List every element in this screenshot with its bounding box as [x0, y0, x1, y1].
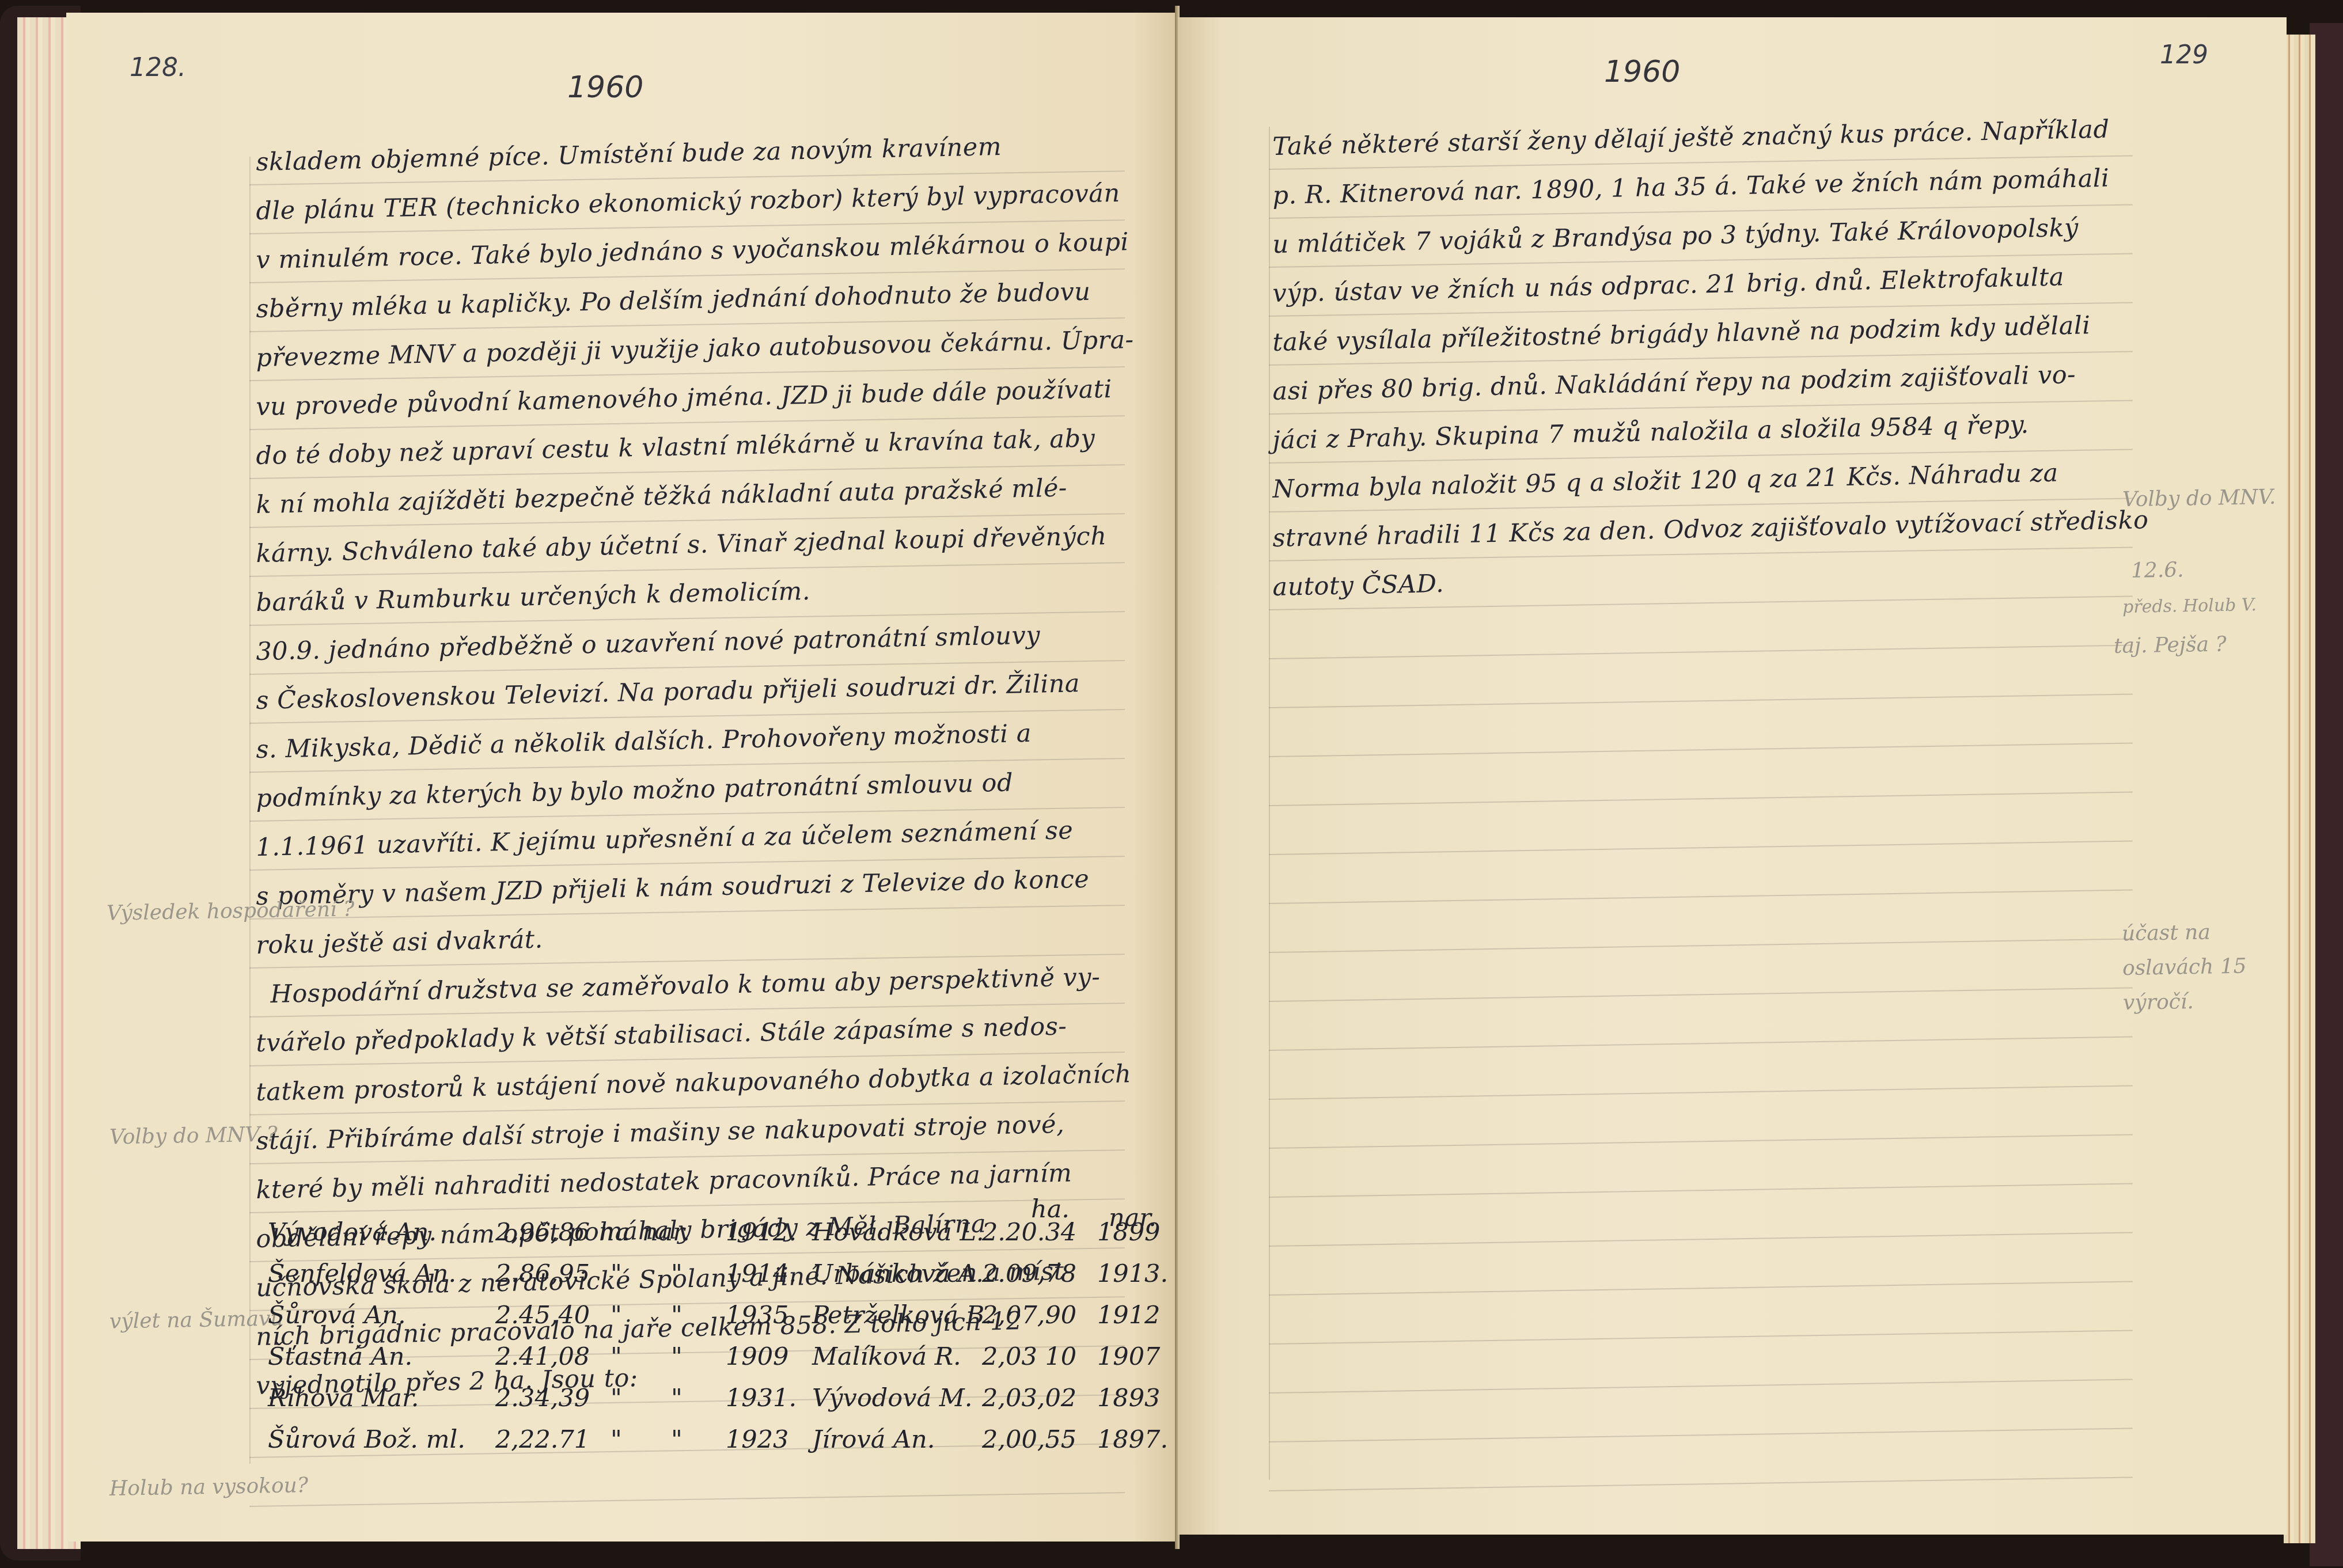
cell-name2: Urbánková A.: [812, 1259, 984, 1288]
text-line: p. R. Kitnerová nar. 1890, 1 ha 35 á. Ta…: [1272, 164, 2110, 210]
cell-year1: 1912.: [726, 1218, 797, 1247]
cell-name1: Šůrová An.: [268, 1301, 406, 1330]
text-line: stájí. Přibíráme další stroje i mašiny s…: [256, 1110, 1065, 1156]
cell-year1: 1935: [726, 1301, 788, 1330]
text-line: asi přes 80 brig. dnů. Nakládání řepy na…: [1272, 360, 2076, 406]
text-line: Také některé starší ženy dělají ještě zn…: [1272, 115, 2110, 161]
cell-year2: 1893: [1097, 1384, 1160, 1413]
cell-nar: nar.: [642, 1218, 690, 1247]
ruled-line: [1269, 987, 2133, 1002]
text-line: tatkem prostorů k ustájení nově nakupova…: [256, 1060, 1132, 1107]
text-line: 1.1.1961 uzavříti. K jejímu upřesnění a …: [256, 816, 1074, 862]
page-number: 129: [2160, 40, 2208, 70]
right-page: 129 1960 Také některé starší ženy dělají…: [1178, 17, 2287, 1535]
margin-note: výlet na Šumavu: [109, 1307, 284, 1333]
text-line: baráků v Rumburku určených k demolicím.: [256, 577, 810, 617]
ruled-line: [1269, 1281, 2133, 1296]
margin-rule: [1269, 127, 1270, 1480]
cell-unit1: ha: [599, 1218, 630, 1247]
cell-name1: Vývodová An.: [268, 1218, 437, 1247]
cell-unit1: ": [611, 1342, 622, 1371]
ruled-line: [1269, 1134, 2133, 1149]
cell-unit1: ": [611, 1384, 622, 1413]
text-line: skladem objemné píce. Umístění bude za n…: [256, 132, 1002, 177]
text-line: roku ještě asi dvakrát.: [256, 925, 543, 960]
cell-ha1: 2,22.71: [495, 1425, 590, 1454]
text-line: stravné hradili 11 Kčs za den. Odvoz zaj…: [1272, 506, 2149, 553]
text-line: 30.9. jednáno předběžně o uzavření nové …: [256, 621, 1041, 666]
cell-ha1: 2,96,86: [495, 1218, 590, 1247]
cell-unit1: ": [611, 1259, 622, 1288]
ruled-line: [1269, 742, 2133, 757]
cell-year1: 1909: [726, 1342, 788, 1371]
cell-year2: 1912: [1097, 1301, 1160, 1330]
cell-name1: Šůrová Bož. ml.: [268, 1425, 465, 1454]
margin-note: Holub na vysokou?: [109, 1474, 309, 1501]
cell-name2: Malíková R.: [812, 1342, 961, 1371]
cell-name1: Šťastná An.: [268, 1342, 412, 1371]
ruled-line: [1269, 1379, 2133, 1394]
cell-year1: 1931.: [726, 1384, 797, 1413]
page-year: 1960: [567, 70, 643, 105]
page-edges-right: [2284, 35, 2315, 1543]
ruled-line: [1269, 791, 2133, 806]
cell-year2: 1907: [1097, 1342, 1160, 1371]
cell-unit1: ": [611, 1425, 622, 1454]
cell-name2: Jírová An.: [812, 1425, 935, 1454]
ruled-line: [1269, 1085, 2133, 1100]
cell-ha2: 2.20.34: [982, 1218, 1076, 1247]
ruled-line: [1269, 1427, 2133, 1442]
text-line: k ní mohla zajížděti bezpečně těžká nákl…: [256, 474, 1067, 519]
text-line: také vysílala příležitostné brigády hlav…: [1272, 311, 2091, 357]
text-line: kárny. Schváleno také aby účetní s. Vina…: [256, 522, 1107, 568]
cell-ha1: 2.86,95: [495, 1259, 590, 1288]
ruled-line: [1269, 1183, 2133, 1198]
cell-year1: 1923: [726, 1425, 788, 1454]
text-line: vu provede původní kamenového jména. JZD…: [256, 375, 1112, 422]
cell-nar: ": [671, 1425, 683, 1454]
text-line: autoty ČSAD.: [1272, 570, 1445, 602]
cell-ha1: 2.34,39: [495, 1384, 590, 1413]
margin-note: 12.6.: [2131, 558, 2184, 583]
cell-unit1: ": [611, 1301, 622, 1330]
ruled-line: [1269, 889, 2133, 904]
text-line: s poměry v našem JZD přijeli k nám soudr…: [256, 865, 1090, 911]
ruled-line: [1269, 1232, 2133, 1247]
text-line: tvářelo předpoklady k větší stabilisaci.…: [256, 1012, 1067, 1058]
text-line: sběrny mléka u kapličky. Po delším jedná…: [256, 278, 1091, 324]
ruled-line: [1269, 1036, 2133, 1051]
cell-ha2: 2,07,90: [982, 1301, 1076, 1330]
ruled-line: [1269, 644, 2133, 659]
cell-name1: Šenfeldová An.: [268, 1259, 456, 1288]
cell-year1: 1914.: [726, 1259, 797, 1288]
text-line: jáci z Prahy. Skupina 7 mužů naložila a …: [1272, 411, 2029, 455]
page-number: 128.: [130, 53, 186, 82]
text-line: které by měli nahraditi nedostatek praco…: [256, 1159, 1072, 1205]
text-line: dle plánu TER (technicko ekonomický rozb…: [256, 179, 1120, 226]
ruled-line: [249, 1492, 1125, 1507]
text-line: s. Mikyska, Dědič a několik dalších. Pro…: [256, 719, 1032, 764]
text-line: u mlátiček 7 vojáků z Brandýsa po 3 týdn…: [1272, 214, 2079, 259]
cell-name2: Vývodová M.: [812, 1384, 973, 1413]
margin-note: Výsledek hospodaření ?: [107, 897, 355, 925]
text-line: v minulém roce. Také bylo jednáno s vyoč…: [256, 227, 1129, 275]
cell-ha2: 2,03,02: [982, 1384, 1076, 1413]
cell-nar: ": [671, 1384, 683, 1413]
text-line: s Československou Televizí. Na poradu př…: [256, 669, 1080, 715]
ruled-line: [1269, 840, 2133, 855]
cell-nar: ": [671, 1301, 683, 1330]
cell-nar: ": [671, 1342, 683, 1371]
margin-note: taj. Pejša ?: [2114, 632, 2227, 658]
text-line: podmínky za kterých by bylo možno patron…: [256, 768, 1014, 813]
cell-name2: Hovádková L.: [812, 1218, 984, 1247]
cell-name2: Petrželková B.: [812, 1301, 992, 1330]
ruled-line: [1269, 693, 2133, 708]
page-year: 1960: [1604, 55, 1680, 89]
cell-name1: Říhová Mar.: [268, 1384, 419, 1413]
margin-rule: [249, 157, 251, 1464]
margin-note: Volby do MNV ?: [109, 1122, 278, 1149]
ruled-line: [1269, 1330, 2133, 1345]
cell-year2: 1899: [1097, 1218, 1160, 1247]
cell-year2: 1913.: [1097, 1259, 1168, 1288]
margin-note: předs. Holub V.: [2122, 595, 2257, 617]
cell-ha2: 2.09,78: [982, 1259, 1076, 1288]
text-line: Norma byla naložit 95 q a složit 120 q z…: [1272, 458, 2058, 504]
ruled-line: [1269, 938, 2133, 953]
text-line: Hospodářní družstva se zaměřovalo k tomu…: [270, 963, 1101, 1009]
cell-ha2: 2,00,55: [982, 1425, 1076, 1454]
cell-year2: 1897.: [1097, 1425, 1168, 1454]
margin-note: účast na oslavách 15 výročí.: [2121, 914, 2267, 1020]
text-line: do té doby než upraví cestu k vlastní ml…: [256, 424, 1095, 470]
cell-ha1: 2.45,40: [495, 1301, 590, 1330]
cell-ha1: 2.41,08: [495, 1342, 590, 1371]
text-line: převezme MNV a později ji využije jako a…: [256, 325, 1134, 373]
ruled-line: [1269, 1476, 2133, 1491]
text-line: výp. ústav ve žních u nás odprac. 21 bri…: [1272, 263, 2064, 308]
margin-note: Volby do MNV.: [2122, 485, 2276, 512]
cell-ha2: 2,03 10: [982, 1342, 1076, 1371]
cell-nar: ": [671, 1259, 683, 1288]
